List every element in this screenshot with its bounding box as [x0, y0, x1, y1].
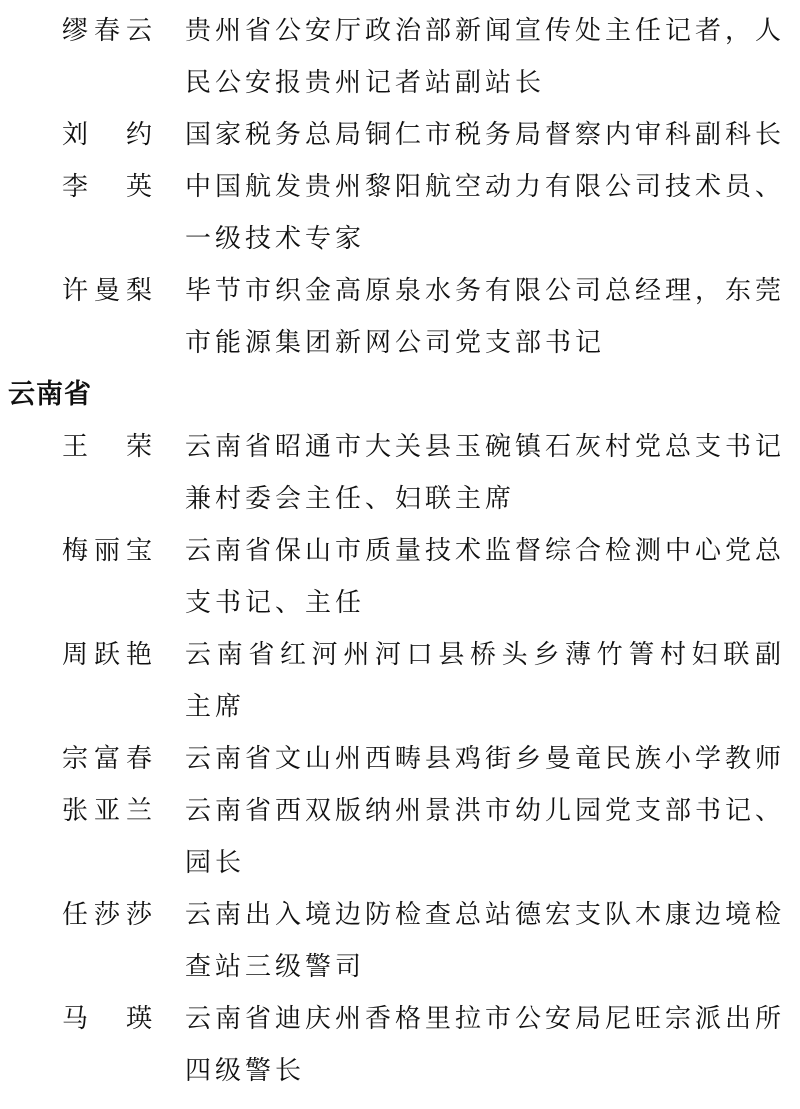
- title-line: 云南省迪庆州香格里拉市公安局尼旺宗派出所: [185, 993, 785, 1045]
- honoree-name: 梅丽宝: [62, 525, 152, 577]
- honoree-entry: 缪春云 贵州省公安厅政治部新闻宣传处主任记者，人民公安报贵州记者站副站长: [0, 5, 800, 109]
- honoree-name: 宗富春: [62, 733, 152, 785]
- title-line: 园长: [185, 837, 785, 889]
- title-line: 云南省西双版纳州景洪市幼儿园党支部书记、: [185, 785, 785, 837]
- document-page: 缪春云 贵州省公安厅政治部新闻宣传处主任记者，人民公安报贵州记者站副站长 刘约 …: [0, 0, 800, 1109]
- honoree-name: 任莎莎: [62, 889, 152, 941]
- title-line: 支书记、主任: [185, 577, 785, 629]
- honoree-entry: 马瑛 云南省迪庆州香格里拉市公安局尼旺宗派出所四级警长: [0, 993, 800, 1097]
- title-line: 云南出入境边防检查总站德宏支队木康边境检: [185, 889, 785, 941]
- honoree-entry: 宗富春 云南省文山州西畴县鸡街乡曼竜民族小学教师: [0, 733, 800, 785]
- honoree-entry: 李英 中国航发贵州黎阳航空动力有限公司技术员、一级技术专家: [0, 161, 800, 265]
- honoree-title: 中国航发贵州黎阳航空动力有限公司技术员、一级技术专家: [185, 161, 785, 265]
- honoree-entry: 梅丽宝 云南省保山市质量技术监督综合检测中心党总支书记、主任: [0, 525, 800, 629]
- title-line: 民公安报贵州记者站副站长: [185, 57, 785, 109]
- honoree-name: 马瑛: [62, 993, 152, 1045]
- honoree-entry: 周跃艳 云南省红河州河口县桥头乡薄竹箐村妇联副主席: [0, 629, 800, 733]
- honoree-title: 云南省保山市质量技术监督综合检测中心党总支书记、主任: [185, 525, 785, 629]
- honoree-title: 云南省红河州河口县桥头乡薄竹箐村妇联副主席: [185, 629, 785, 733]
- honoree-list: 缪春云 贵州省公安厅政治部新闻宣传处主任记者，人民公安报贵州记者站副站长 刘约 …: [0, 0, 800, 1097]
- honoree-title: 云南省昭通市大关县玉碗镇石灰村党总支书记兼村委会主任、妇联主席: [185, 421, 785, 525]
- title-line: 主席: [185, 681, 785, 733]
- honoree-name: 缪春云: [62, 5, 152, 57]
- honoree-name: 刘约: [62, 109, 152, 161]
- title-line: 查站三级警司: [185, 941, 785, 993]
- title-line: 四级警长: [185, 1045, 785, 1097]
- title-line: 国家税务总局铜仁市税务局督察内审科副科长: [185, 109, 785, 161]
- province-header: 云南省: [0, 369, 800, 421]
- honoree-title: 贵州省公安厅政治部新闻宣传处主任记者，人民公安报贵州记者站副站长: [185, 5, 785, 109]
- title-line: 一级技术专家: [185, 213, 785, 265]
- honoree-title: 云南省文山州西畴县鸡街乡曼竜民族小学教师: [185, 733, 785, 785]
- title-line: 兼村委会主任、妇联主席: [185, 473, 785, 525]
- title-line: 云南省昭通市大关县玉碗镇石灰村党总支书记: [185, 421, 785, 473]
- honoree-name: 王荣: [62, 421, 152, 473]
- honoree-title: 云南出入境边防检查总站德宏支队木康边境检查站三级警司: [185, 889, 785, 993]
- title-line: 云南省红河州河口县桥头乡薄竹箐村妇联副: [185, 629, 785, 681]
- honoree-title: 国家税务总局铜仁市税务局督察内审科副科长: [185, 109, 785, 161]
- title-line: 毕节市织金高原泉水务有限公司总经理，东莞: [185, 265, 785, 317]
- honoree-name: 周跃艳: [62, 629, 152, 681]
- honoree-title: 毕节市织金高原泉水务有限公司总经理，东莞市能源集团新网公司党支部书记: [185, 265, 785, 369]
- honoree-entry: 刘约 国家税务总局铜仁市税务局督察内审科副科长: [0, 109, 800, 161]
- title-line: 云南省保山市质量技术监督综合检测中心党总: [185, 525, 785, 577]
- title-line: 市能源集团新网公司党支部书记: [185, 317, 785, 369]
- honoree-entry: 张亚兰 云南省西双版纳州景洪市幼儿园党支部书记、园长: [0, 785, 800, 889]
- honoree-name: 张亚兰: [62, 785, 152, 837]
- title-line: 云南省文山州西畴县鸡街乡曼竜民族小学教师: [185, 733, 785, 785]
- title-line: 贵州省公安厅政治部新闻宣传处主任记者，人: [185, 5, 785, 57]
- honoree-entry: 王荣 云南省昭通市大关县玉碗镇石灰村党总支书记兼村委会主任、妇联主席: [0, 421, 800, 525]
- honoree-title: 云南省迪庆州香格里拉市公安局尼旺宗派出所四级警长: [185, 993, 785, 1097]
- honoree-name: 李英: [62, 161, 152, 213]
- honoree-name: 许曼梨: [62, 265, 152, 317]
- honoree-title: 云南省西双版纳州景洪市幼儿园党支部书记、园长: [185, 785, 785, 889]
- title-line: 中国航发贵州黎阳航空动力有限公司技术员、: [185, 161, 785, 213]
- honoree-entry: 许曼梨 毕节市织金高原泉水务有限公司总经理，东莞市能源集团新网公司党支部书记: [0, 265, 800, 369]
- honoree-entry: 任莎莎 云南出入境边防检查总站德宏支队木康边境检查站三级警司: [0, 889, 800, 993]
